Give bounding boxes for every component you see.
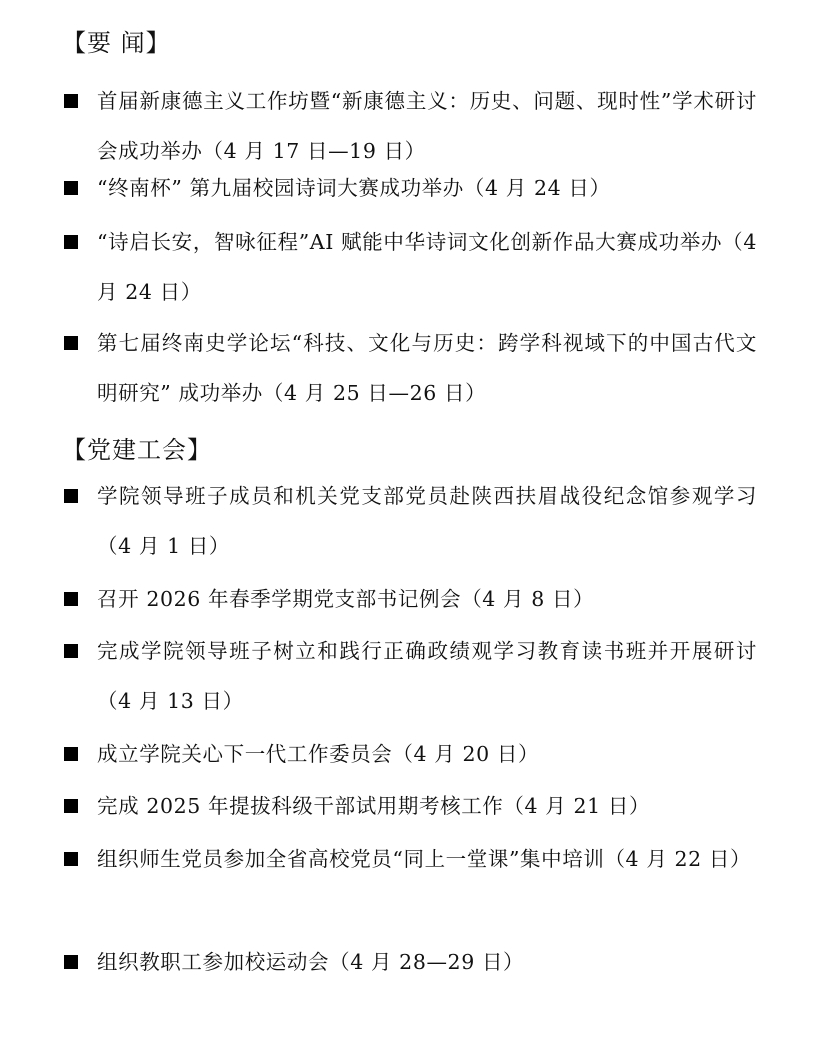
list-item-text: 组织教职工参加校运动会（4 月 28—29 日） bbox=[97, 937, 757, 987]
list-item-text: “终南杯” 第九届校园诗词大赛成功举办（4 月 24 日） bbox=[97, 163, 757, 213]
section-heading-party-union: 【党建工会】 bbox=[62, 435, 212, 465]
list-item-text: 完成学院领导班子树立和践行正确政绩观学习教育读书班并开展研讨（4 月 13 日） bbox=[97, 626, 757, 726]
list-item-text: 召开 2026 年春季学期党支部书记例会（4 月 8 日） bbox=[97, 574, 757, 624]
black-square-icon bbox=[64, 489, 78, 503]
black-square-icon bbox=[64, 799, 78, 813]
black-square-icon bbox=[64, 955, 78, 969]
list-item-text: “诗启长安，智咏征程”AI 赋能中华诗词文化创新作品大赛成功举办（4 月 24 … bbox=[97, 217, 757, 317]
black-square-icon bbox=[64, 181, 78, 195]
list-item-text: 成立学院关心下一代工作委员会（4 月 20 日） bbox=[97, 729, 757, 779]
list-item-text: 学院领导班子成员和机关党支部党员赴陕西扶眉战役纪念馆参观学习（4 月 1 日） bbox=[97, 471, 757, 571]
black-square-icon bbox=[64, 592, 78, 606]
list-item-text: 第七届终南史学论坛“科技、文化与历史：跨学科视域下的中国古代文明研究” 成功举办… bbox=[97, 318, 757, 418]
black-square-icon bbox=[64, 235, 78, 249]
list-item-text: 首届新康德主义工作坊暨“新康德主义：历史、问题、现时性”学术研讨会成功举办（4 … bbox=[97, 76, 757, 176]
black-square-icon bbox=[64, 94, 78, 108]
black-square-icon bbox=[64, 747, 78, 761]
black-square-icon bbox=[64, 852, 78, 866]
document-page: 【要 闻】 首届新康德主义工作坊暨“新康德主义：历史、问题、现时性”学术研讨会成… bbox=[0, 0, 814, 1049]
black-square-icon bbox=[64, 644, 78, 658]
list-item-text: 完成 2025 年提拔科级干部试用期考核工作（4 月 21 日） bbox=[97, 781, 757, 831]
black-square-icon bbox=[64, 336, 78, 350]
section-heading-news: 【要 闻】 bbox=[62, 28, 171, 58]
list-item-text: 组织师生党员参加全省高校党员“同上一堂课”集中培训（4 月 22 日） bbox=[97, 834, 757, 884]
